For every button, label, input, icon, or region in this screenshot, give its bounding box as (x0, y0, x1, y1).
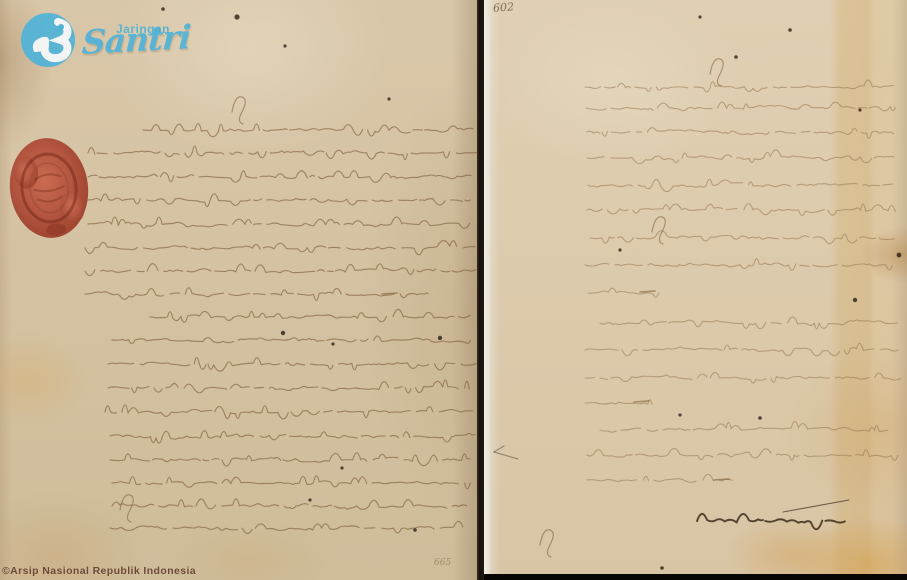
logo-bird-icon (20, 12, 76, 68)
folio-number-annotation: 665 (434, 558, 451, 568)
left-page (0, 0, 478, 580)
archival-document-scan: Jaringan Santri 602 665 ©Arsip Nasional … (0, 0, 907, 580)
page-number-annotation: 602 (493, 0, 515, 14)
right-page (490, 0, 907, 580)
logo-brand-main: Santri (81, 17, 191, 62)
wax-seal (4, 134, 98, 248)
scan-edge-bar (484, 574, 907, 580)
page-gutter-shadow (477, 0, 484, 580)
archive-credit: ©Arsip Nasional Republik Indonesia (2, 565, 196, 577)
jaringan-santri-logo: Jaringan Santri (20, 10, 230, 72)
